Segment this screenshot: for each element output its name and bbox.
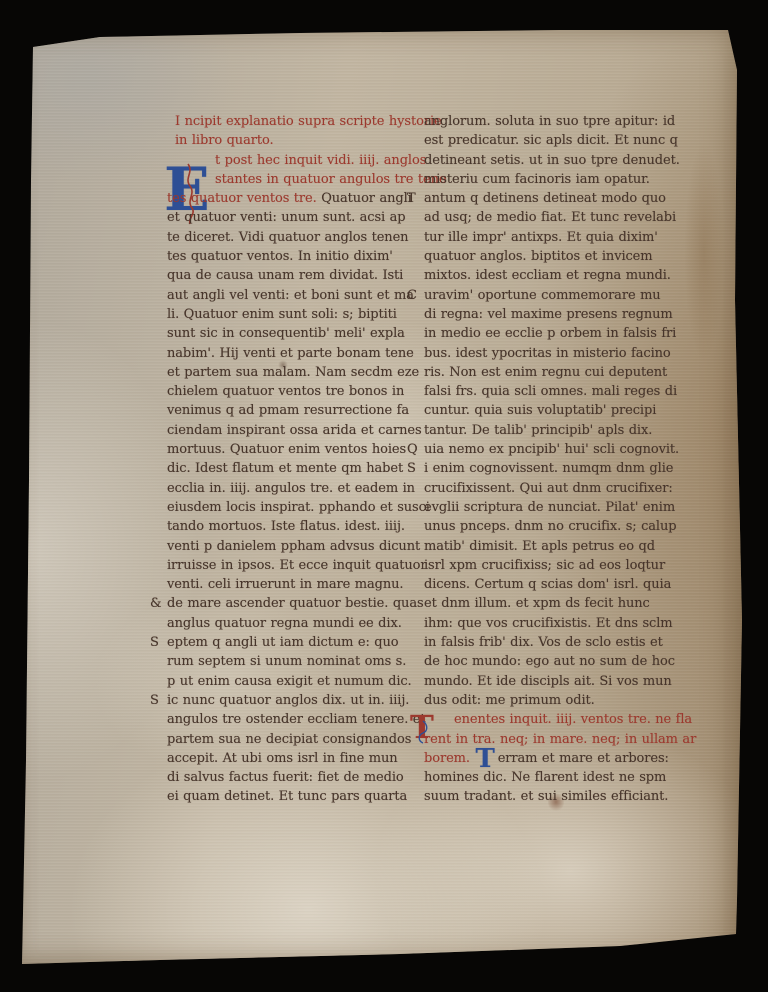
rubric-text: I ncipit explanatio supra scripte hystor… [175,114,442,129]
text-line: dus odit: me primum odit. [424,691,676,710]
text-line: homines dic. Ne flarent idest ne spm [424,768,676,787]
body-text: unus pnceps. dnm no crucifix. s; calup [424,519,676,534]
body-text: dic. Idest flatum et mente qm habet [167,461,403,476]
text-line: dicens. Certum q scias dom' isrl. quia [424,575,676,594]
marginal-initial: T [407,189,416,209]
body-text: ad usq; de medio fiat. Et tunc revelabi [424,210,676,225]
body-text: erram et mare et arbores: [498,751,669,766]
text-line: eiusdem locis inspirat. pphando et susci [167,498,419,517]
body-text: ei quam detinet. Et tunc pars quarta [167,789,407,804]
body-text: uia nemo ex pncipib' hui' scli cognovit. [424,442,679,457]
body-text: ris. Non est enim regnu cui deputent [424,365,667,380]
body-text: tantur. De talib' principib' apls dix. [424,423,652,438]
text-line: ris. Non est enim regnu cui deputent [424,363,676,382]
body-text: i enim cognovissent. numqm dnm glie [424,461,673,476]
body-text: in medio ee ecclie p orbem in falsis fri [424,326,676,341]
body-text: partem sua ne decipiat consignandos [167,732,411,747]
body-text: mortuus. Quatuor enim ventos hoies [167,442,406,457]
manuscript-right-column: T anglorum. soluta in suo tpre apitur: i… [424,112,676,807]
body-text: detineant setis. ut in suo tpre denudet. [424,153,680,168]
text-line: borem. Terram et mare et arbores: [424,749,676,768]
body-text: aut angli vel venti: et boni sunt et ma [167,288,414,303]
text-line: anglus quatuor regna mundi ee dix. [167,614,419,633]
text-line: falsi frs. quia scli omnes. mali reges d… [424,382,676,401]
text-line: &de mare ascender quatuor bestie. quas [167,594,419,613]
marginal-initial: Q [407,440,418,460]
body-text: dicens. Certum q scias dom' isrl. quia [424,577,671,592]
text-line: in medio ee ecclie p orbem in falsis fri [424,324,676,343]
text-line: accepit. At ubi oms isrl in fine mun [167,749,419,768]
body-text: di regna: vel maxime presens regnum [424,307,673,322]
body-text: misteriu cum facinoris iam opatur. [424,172,650,187]
text-line: cuntur. quia suis voluptatib' precipi [424,401,676,420]
body-text: di salvus factus fuerit: fiet de medio [167,770,404,785]
parchment-leaf: E I ncipit explanatio supra scripte hyst… [16,22,746,966]
text-line: misteriu cum facinoris iam opatur. [424,170,676,189]
body-text: de hoc mundo: ego aut no sum de hoc [424,654,675,669]
rubric-text: in libro quarto. [175,133,274,148]
body-text: evglii scriptura de nunciat. Pilat' enim [424,500,675,515]
text-line: et quatuor venti: unum sunt. acsi ap [167,208,419,227]
text-line: enentes inquit. iiij. ventos tre. ne fla [424,710,676,729]
text-line: ad usq; de medio fiat. Et tunc revelabi [424,208,676,227]
body-text: accepit. At ubi oms isrl in fine mun [167,751,398,766]
text-line: li. Quatuor enim sunt soli: s; biptiti [167,305,419,324]
text-line: tur ille impr' antixps. Et quia dixim' [424,228,676,247]
body-text: anglorum. soluta in suo tpre apitur: id [424,114,675,129]
text-line: Tantum q detinens detineat modo quo [424,189,676,208]
body-text: homines dic. Ne flarent idest ne spm [424,770,666,785]
body-text: et quatuor venti: unum sunt. acsi ap [167,210,406,225]
text-line: di salvus factus fuerit: fiet de medio [167,768,419,787]
text-line: mundo. Et ide discipls ait. Si vos mun [424,672,676,691]
rubric-text: rent in tra. neq; in mare. neq; in ullam… [424,732,696,747]
text-line: mortuus. Quatuor enim ventos hoies [167,440,419,459]
stain-streak [684,142,724,362]
body-text: eiusdem locis inspirat. pphando et susci [167,500,430,515]
text-line: tando mortuos. Iste flatus. idest. iiij. [167,517,419,536]
body-text: ciendam inspirant ossa arida et carnes [167,423,422,438]
text-line: mixtos. idest eccliam et regna mundi. [424,266,676,285]
body-text: falsi frs. quia scli omnes. mali reges d… [424,384,677,399]
body-text: matib' dimisit. Et apls petrus eo qd [424,539,655,554]
body-text: venti p danielem ppham advsus dicunt [167,539,420,554]
text-line: rent in tra. neq; in mare. neq; in ullam… [424,730,676,749]
text-line: aut angli vel venti: et boni sunt et ma [167,286,419,305]
text-line: tes quatuor ventos. In initio dixim' [167,247,419,266]
body-text: isrl xpm crucifixiss; sic ad eos loqtur [424,558,665,573]
manuscript-left-column: E I ncipit explanatio supra scripte hyst… [167,112,419,807]
body-text: li. Quatuor enim sunt soli: s; biptiti [167,307,397,322]
rubric-text: tes quatuor ventos tre. [167,191,321,206]
body-text: anglus quatuor regna mundi ee dix. [167,616,402,631]
text-line: in libro quarto. [167,131,419,150]
body-text: angulos tre ostender eccliam tenere. et [167,712,425,727]
text-line: p ut enim causa exigit et numum dic. [167,672,419,691]
body-text: ecclia in. iiij. angulos tre. et eadem i… [167,481,415,496]
text-line: nabim'. Hij venti et parte bonam tene [167,344,419,363]
text-line: venimus q ad pmam resurrectione fa [167,401,419,420]
text-line: rum septem si unum nominat oms s. [167,652,419,671]
photo-background: E I ncipit explanatio supra scripte hyst… [0,0,768,992]
body-text: est predicatur. sic apls dicit. Et nunc … [424,133,678,148]
body-text: eptem q angli ut iam dictum e: quo [167,635,398,650]
marginal-initial: & [150,594,161,614]
body-text: quatuor anglos. biptitos et invicem [424,249,653,264]
body-text: crucifixissent. Qui aut dnm crucifixer: [424,481,673,496]
rubric-text: borem. [424,751,474,766]
text-line: matib' dimisit. Et apls petrus eo qd [424,537,676,556]
marginal-initial: S [407,459,416,479]
body-text: Quatuor angli [321,191,412,206]
text-line: angulos tre ostender eccliam tenere. et [167,710,419,729]
text-line: ecclia in. iiij. angulos tre. et eadem i… [167,479,419,498]
body-text: mundo. Et ide discipls ait. Si vos mun [424,674,672,689]
text-line: Curavim' oportune commemorare mu [424,286,676,305]
body-text: et dnm illum. et xpm ds fecit hunc [424,596,650,611]
text-line: sunt sic in consequentib' meli' expla [167,324,419,343]
text-line: unus pnceps. dnm no crucifix. s; calup [424,517,676,536]
rubric-text: stantes in quatuor angulos tre tene [215,172,446,187]
body-text: suum tradant. et sui similes efficiant. [424,789,668,804]
rubric-text: enentes inquit. iiij. ventos tre. ne fla [454,712,692,727]
text-line: et partem sua malam. Nam secdm eze [167,363,419,382]
text-line: Septem q angli ut iam dictum e: quo [167,633,419,652]
text-line: t post hec inquit vidi. iiij. anglos [167,151,419,170]
body-text: uravim' oportune commemorare mu [424,288,661,303]
text-line: ciendam inspirant ossa arida et carnes [167,421,419,440]
marginal-initial: S [150,691,159,711]
body-text: tur ille impr' antixps. Et quia dixim' [424,230,658,245]
text-line: ihm: que vos crucifixistis. Et dns sclm [424,614,676,633]
text-line: Quia nemo ex pncipib' hui' scli cognovit… [424,440,676,459]
body-text: ic nunc quatuor anglos dix. ut in. iiij. [167,693,409,708]
text-line: ei quam detinet. Et tunc pars quarta [167,787,419,806]
text-line: irruisse in ipsos. Et ecce inquit quatuo… [167,556,419,575]
text-line: stantes in quatuor angulos tre tene [167,170,419,189]
text-line: est predicatur. sic apls dicit. Et nunc … [424,131,676,150]
body-text: antum q detinens detineat modo quo [424,191,666,206]
body-text: bus. idest ypocritas in misterio facino [424,346,671,361]
body-text: nabim'. Hij venti et parte bonam tene [167,346,414,361]
body-text: ihm: que vos crucifixistis. Et dns sclm [424,616,673,631]
body-text: rum septem si unum nominat oms s. [167,654,406,669]
body-text: sunt sic in consequentib' meli' expla [167,326,405,341]
body-text: chielem quatuor ventos tre bonos in [167,384,404,399]
text-line: isrl xpm crucifixiss; sic ad eos loqtur [424,556,676,575]
text-line: venti p danielem ppham advsus dicunt [167,537,419,556]
text-line: venti. celi irruerunt in mare magnu. [167,575,419,594]
body-text: venti. celi irruerunt in mare magnu. [167,577,403,592]
marginal-initial: C [407,286,417,306]
text-line: crucifixissent. Qui aut dnm crucifixer: [424,479,676,498]
body-text: de mare ascender quatuor bestie. quas [167,596,424,611]
body-text: tando mortuos. Iste flatus. idest. iiij. [167,519,405,534]
text-line: Sic nunc quatuor anglos dix. ut in. iiij… [167,691,419,710]
body-text: in falsis frib' dix. Vos de sclo estis e… [424,635,663,650]
text-line: I ncipit explanatio supra scripte hystor… [167,112,419,131]
text-line: dic. Idest flatum et mente qm habet [167,459,419,478]
text-line: quatuor anglos. biptitos et invicem [424,247,676,266]
body-text: et partem sua malam. Nam secdm eze [167,365,419,380]
rubric-text: t post hec inquit vidi. iiij. anglos [215,153,426,168]
text-line: tantur. De talib' principib' apls dix. [424,421,676,440]
text-line: suum tradant. et sui similes efficiant. [424,787,676,806]
body-text: irruisse in ipsos. Et ecce inquit quatuo… [167,558,427,573]
text-line: anglorum. soluta in suo tpre apitur: id [424,112,676,131]
text-line: evglii scriptura de nunciat. Pilat' enim [424,498,676,517]
body-text: te diceret. Vidi quatuor anglos tenen [167,230,408,245]
text-line: di regna: vel maxime presens regnum [424,305,676,324]
text-line: et dnm illum. et xpm ds fecit hunc [424,594,676,613]
text-line: detineant setis. ut in suo tpre denudet. [424,151,676,170]
text-line: chielem quatuor ventos tre bonos in [167,382,419,401]
body-text: qua de causa unam rem dividat. Isti [167,268,403,283]
text-line: te diceret. Vidi quatuor anglos tenen [167,228,419,247]
body-text: venimus q ad pmam resurrectione fa [167,403,409,418]
text-line: qua de causa unam rem dividat. Isti [167,266,419,285]
body-text: cuntur. quia suis voluptatib' precipi [424,403,656,418]
text-line: in falsis frib' dix. Vos de sclo estis e… [424,633,676,652]
text-line: tes quatuor ventos tre. Quatuor angli [167,189,419,208]
body-text: tes quatuor ventos. In initio dixim' [167,249,393,264]
marginal-initial: S [150,633,159,653]
body-text: p ut enim causa exigit et numum dic. [167,674,412,689]
text-line: bus. idest ypocritas in misterio facino [424,344,676,363]
text-line: Si enim cognovissent. numqm dnm glie [424,459,676,478]
text-line: partem sua ne decipiat consignandos [167,730,419,749]
body-text: dus odit: me primum odit. [424,693,595,708]
body-text: mixtos. idest eccliam et regna mundi. [424,268,671,283]
text-line: de hoc mundo: ego aut no sum de hoc [424,652,676,671]
